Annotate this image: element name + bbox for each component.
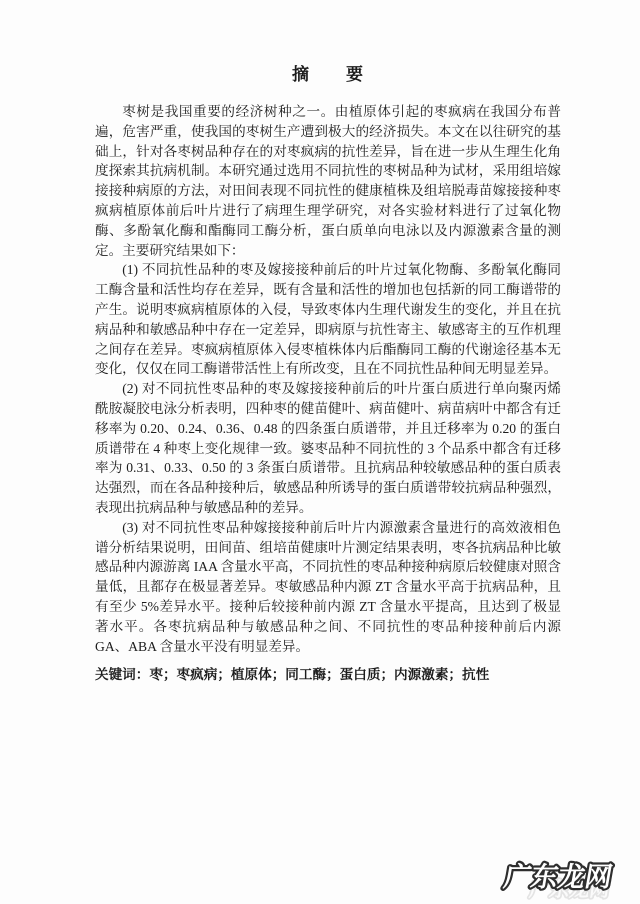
abstract-paragraph: 枣树是我国重要的经济树种之一。由植原体引起的枣疯病在我国分布普遍，危害严重，使我…	[95, 102, 561, 260]
abstract-paragraph: (3) 对不同抗性枣品种嫁接接种前后叶片内源激素含量进行的高效液相色谱分析结果说…	[95, 518, 561, 657]
document-page: 摘 要 枣树是我国重要的经济树种之一。由植原体引起的枣疯病在我国分布普遍，危害严…	[0, 0, 640, 904]
watermark: 广东龙网 广东龙网	[470, 844, 630, 900]
watermark-text: 广东龙网	[501, 862, 614, 893]
abstract-paragraph: (1) 不同抗性品种的枣及嫁接接种前后的叶片过氧化物酶、多酚氧化酶同工酶含量和活…	[95, 260, 561, 379]
page-title: 摘 要	[95, 60, 561, 85]
keywords-label: 关键词：	[95, 667, 149, 682]
keywords-text: 枣；枣疯病；植原体；同工酶；蛋白质；内源激素；抗性	[149, 667, 489, 682]
abstract-paragraph: (2) 对不同抗性枣品种的枣及嫁接接种前后的叶片蛋白质进行单向聚丙烯酰胺凝胶电泳…	[95, 379, 561, 518]
abstract-body: 枣树是我国重要的经济树种之一。由植原体引起的枣疯病在我国分布普遍，危害严重，使我…	[95, 102, 561, 685]
keywords-line: 关键词：枣；枣疯病；植原体；同工酶；蛋白质；内源激素；抗性	[95, 665, 561, 685]
